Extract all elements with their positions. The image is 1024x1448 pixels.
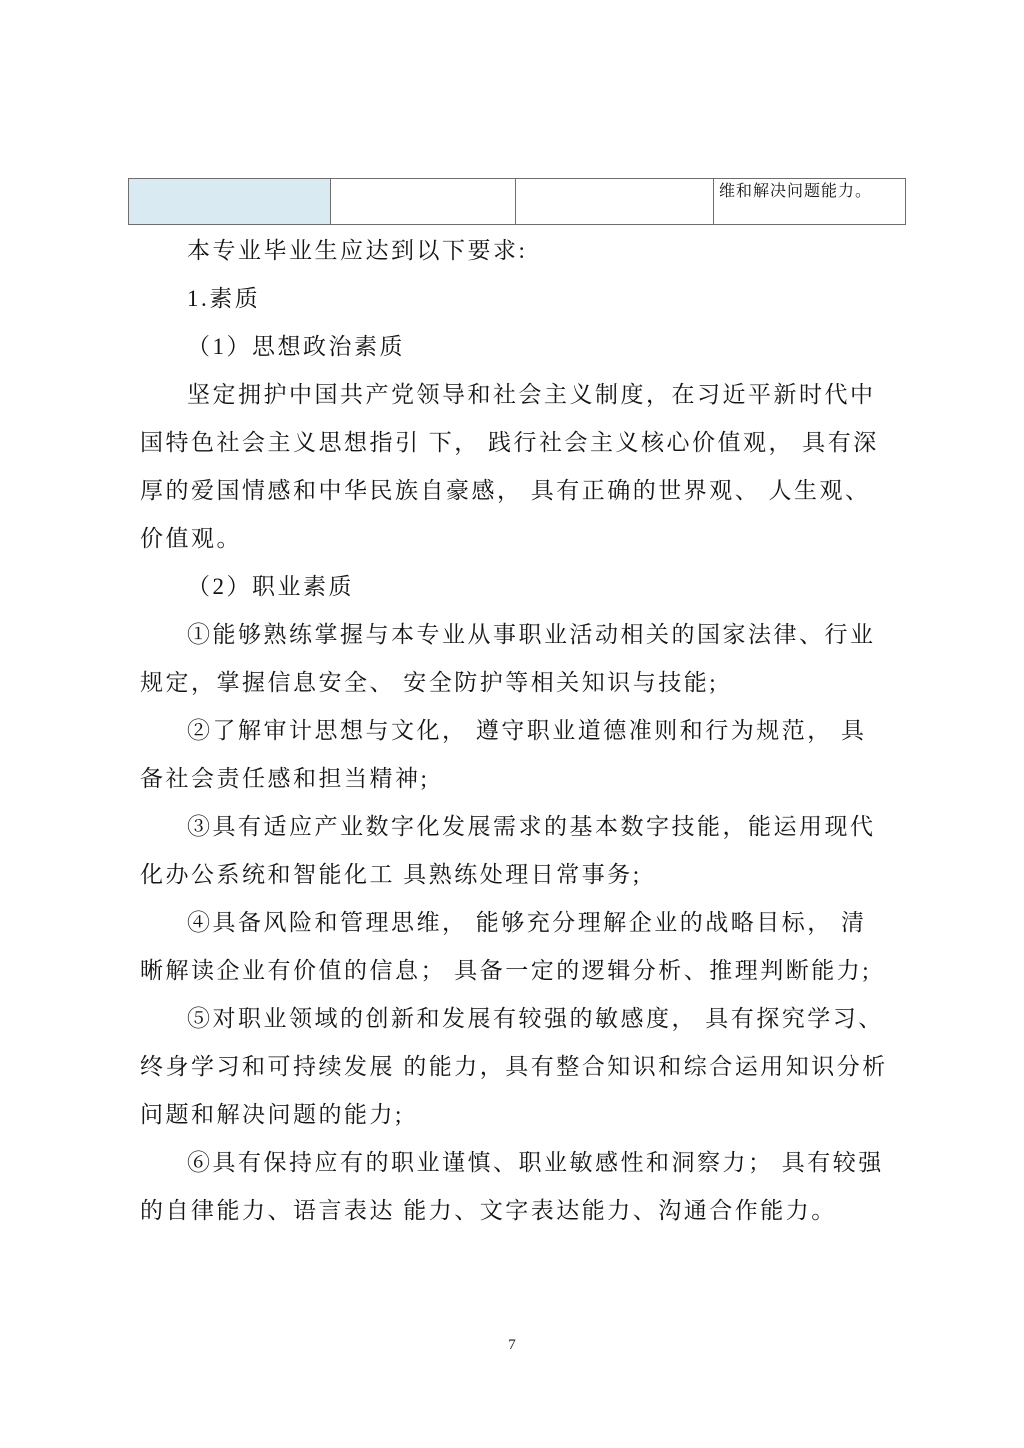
body-line: 晰解读企业有价值的信息； 具备一定的逻辑分析、推理判断能力; (140, 947, 910, 995)
body-line: （2）职业素质 (140, 563, 910, 611)
table-row: 维和解决问题能力。 (129, 179, 906, 225)
body-line: 终身学习和可持续发展 的能力，具有整合知识和综合运用知识分析 (140, 1043, 910, 1091)
table-cell-4: 维和解决问题能力。 (714, 179, 906, 225)
body-line: 备社会责任感和担当精神; (140, 755, 910, 803)
body-line: 的自律能力、语言表达 能力、文字表达能力、沟通合作能力。 (140, 1187, 910, 1235)
body-line: ②了解审计思想与文化， 遵守职业道德准则和行为规范， 具 (140, 707, 910, 755)
body-line: 化办公系统和智能化工 具熟练处理日常事务; (140, 851, 910, 899)
body-line: 1.素质 (140, 275, 910, 323)
body-line: ④具备风险和管理思维， 能够充分理解企业的战略目标， 清 (140, 899, 910, 947)
body-paragraphs: 本专业毕业生应达到以下要求:1.素质（1）思想政治素质坚定拥护中国共产党领导和社… (140, 227, 910, 1235)
body-line: 价值观。 (140, 515, 910, 563)
body-line: ⑤对职业领域的创新和发展有较强的敏感度， 具有探究学习、 (140, 995, 910, 1043)
body-line: ⑥具有保持应有的职业谨慎、职业敏感性和洞察力； 具有较强 (140, 1139, 910, 1187)
body-line: 坚定拥护中国共产党领导和社会主义制度，在习近平新时代中 (140, 371, 910, 419)
body-line: ③具有适应产业数字化发展需求的基本数字技能，能运用现代 (140, 803, 910, 851)
body-line: ①能够熟练掌握与本专业从事职业活动相关的国家法律、行业 (140, 611, 910, 659)
table-cell-highlighted (129, 179, 331, 225)
body-line: 厚的爱国情感和中华民族自豪感， 具有正确的世界观、 人生观、 (140, 467, 910, 515)
page-number: 7 (0, 1337, 1024, 1354)
body-line: （1）思想政治素质 (140, 323, 910, 371)
table-cell-3 (516, 179, 714, 225)
body-line: 本专业毕业生应达到以下要求: (140, 227, 910, 275)
body-line: 问题和解决问题的能力; (140, 1091, 910, 1139)
document-page: 维和解决问题能力。 本专业毕业生应达到以下要求:1.素质（1）思想政治素质坚定拥… (0, 0, 1024, 1448)
body-line: 规定，掌握信息安全、 安全防护等相关知识与技能; (140, 659, 910, 707)
body-line: 国特色社会主义思想指引 下， 践行社会主义核心价值观， 具有深 (140, 419, 910, 467)
table-cell-2 (331, 179, 516, 225)
content-table: 维和解决问题能力。 (128, 178, 906, 225)
